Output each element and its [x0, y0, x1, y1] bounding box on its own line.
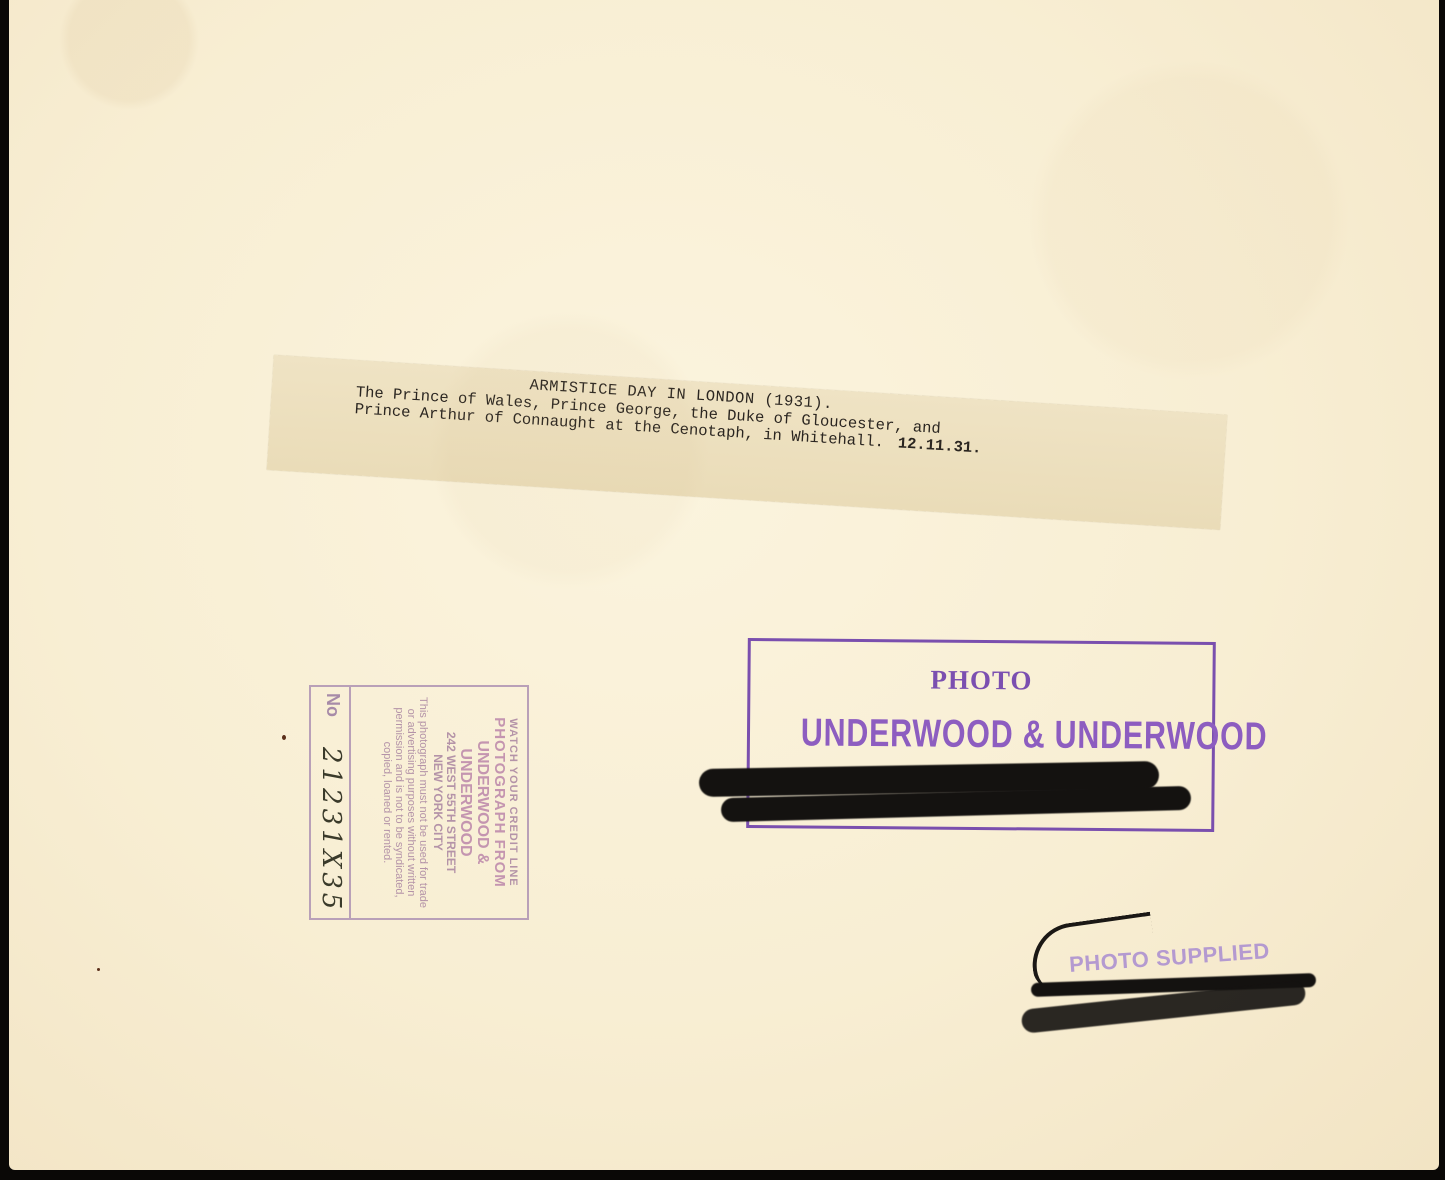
- credit-address-2: NEW YORK CITY: [431, 687, 444, 918]
- credit-address-1: 242 WEST 55TH STREET: [444, 687, 457, 918]
- credit-watch-text: WATCH YOUR CREDIT LINE: [507, 687, 519, 918]
- credit-firm: UNDERWOOD & UNDERWOOD: [457, 687, 491, 918]
- photo-stamp-label: PHOTO: [750, 663, 1212, 698]
- credit-stamp-rotated: WATCH YOUR CREDIT LINE PHOTOGRAPH FROM U…: [309, 685, 529, 920]
- credit-number-row: No 21231X35: [311, 687, 351, 918]
- credit-legal-text: This photograph must not be used for tra…: [381, 687, 429, 918]
- typed-caption-label: ARMISTICE DAY IN LONDON (1931). The Prin…: [267, 355, 1227, 530]
- handwritten-number: 21231X35: [316, 747, 346, 913]
- number-label: No: [322, 693, 343, 717]
- photo-back-paper: ARMISTICE DAY IN LONDON (1931). The Prin…: [9, 0, 1439, 1170]
- ink-speck: [282, 735, 286, 740]
- caption-date: 12.11.31.: [897, 434, 982, 457]
- photo-stamp-firm: UNDERWOOD & UNDERWOOD: [801, 711, 1162, 758]
- credit-photograph-from: PHOTOGRAPH FROM: [491, 687, 507, 918]
- credit-line-stamp: WATCH YOUR CREDIT LINE PHOTOGRAPH FROM U…: [309, 685, 529, 920]
- ink-speck: [97, 968, 100, 971]
